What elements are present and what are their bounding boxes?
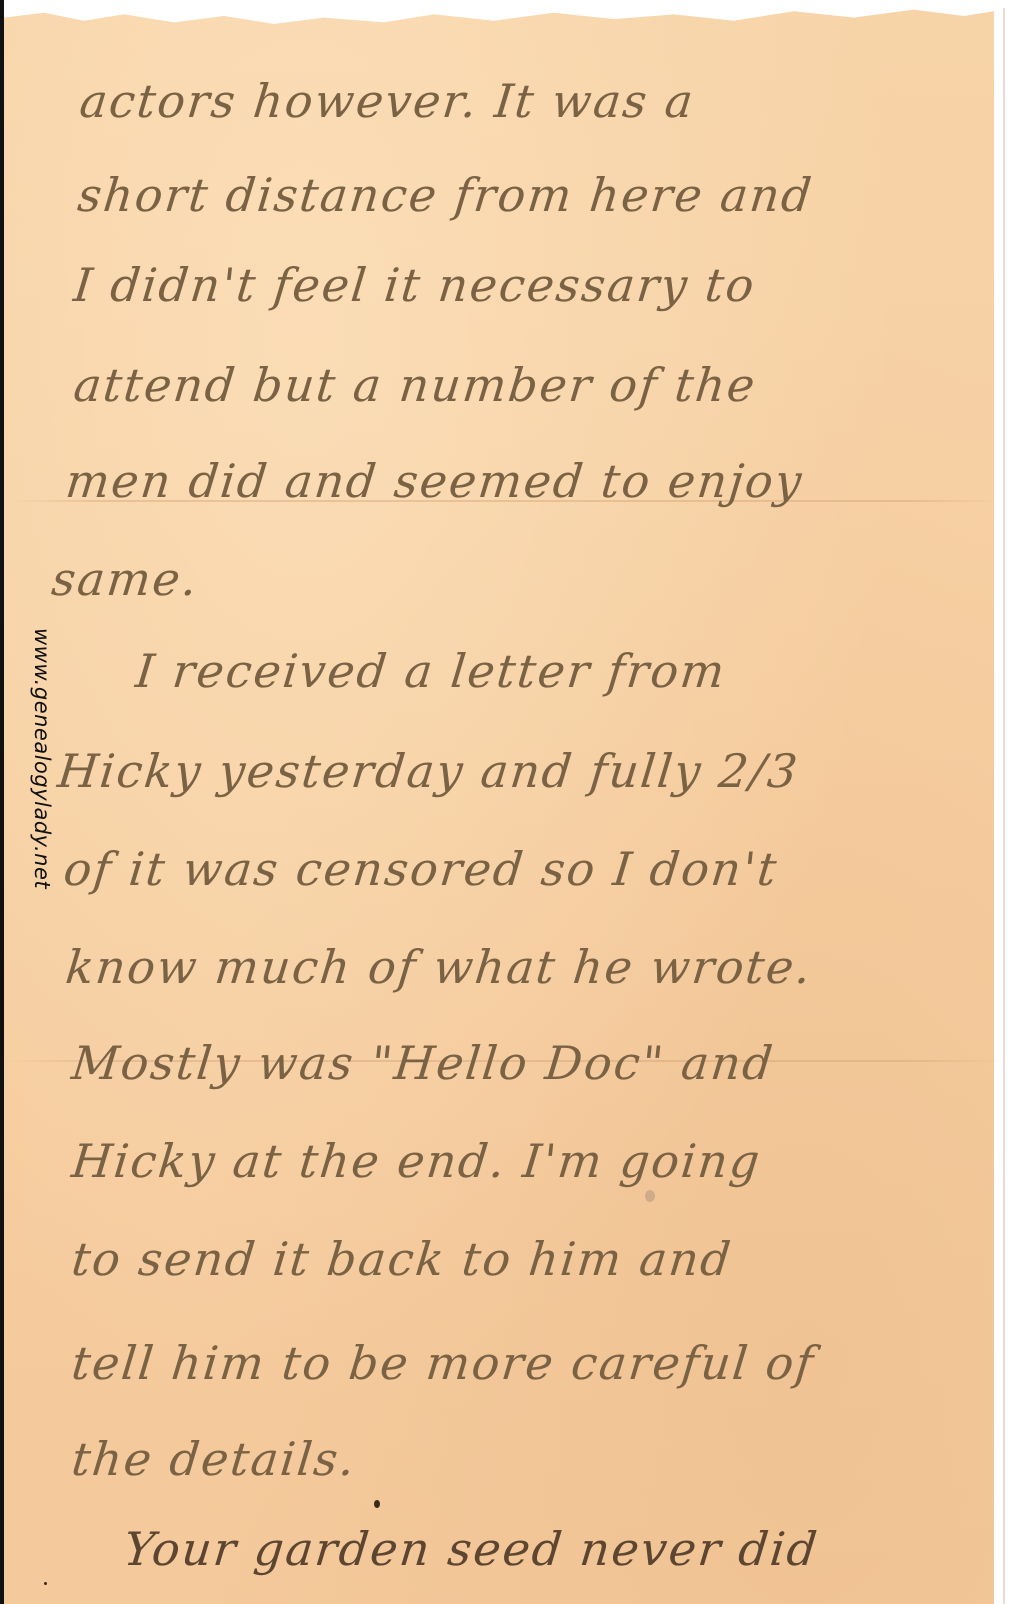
ink-dot <box>374 1500 380 1508</box>
letter-line: Your garden seed never did <box>122 1526 821 1572</box>
paper-spot <box>645 1190 655 1202</box>
letter-line: the details. <box>70 1436 359 1482</box>
letter-line: Mostly was "Hello Doc" and <box>70 1040 777 1086</box>
scan-border <box>0 0 4 1604</box>
letter-line: I didn't feel it necessary to <box>72 262 758 308</box>
watermark-text: www.genealogylady.net <box>18 628 54 978</box>
letter-line: same. <box>50 556 201 602</box>
letter-line: know much of what he wrote. <box>64 944 815 990</box>
letter-line: actors however. It was a <box>78 78 697 124</box>
letter-line: tell him to be more careful of <box>70 1340 818 1386</box>
letter-line: short distance from here and <box>76 172 816 218</box>
letter-line: Hicky at the end. I'm going <box>70 1138 764 1184</box>
ink-dot <box>44 1582 47 1585</box>
paper-edge <box>1003 8 1005 1604</box>
letter-line: Hicky yesterday and fully 2/3 <box>56 748 802 794</box>
letter-line: of it was censored so I don't <box>62 846 781 892</box>
letter-line: I received a letter from <box>134 648 729 694</box>
letter-line: men did and seemed to enjoy <box>64 458 806 504</box>
letter-line: attend but a number of the <box>72 362 759 408</box>
letter-line: to send it back to him and <box>70 1236 735 1282</box>
